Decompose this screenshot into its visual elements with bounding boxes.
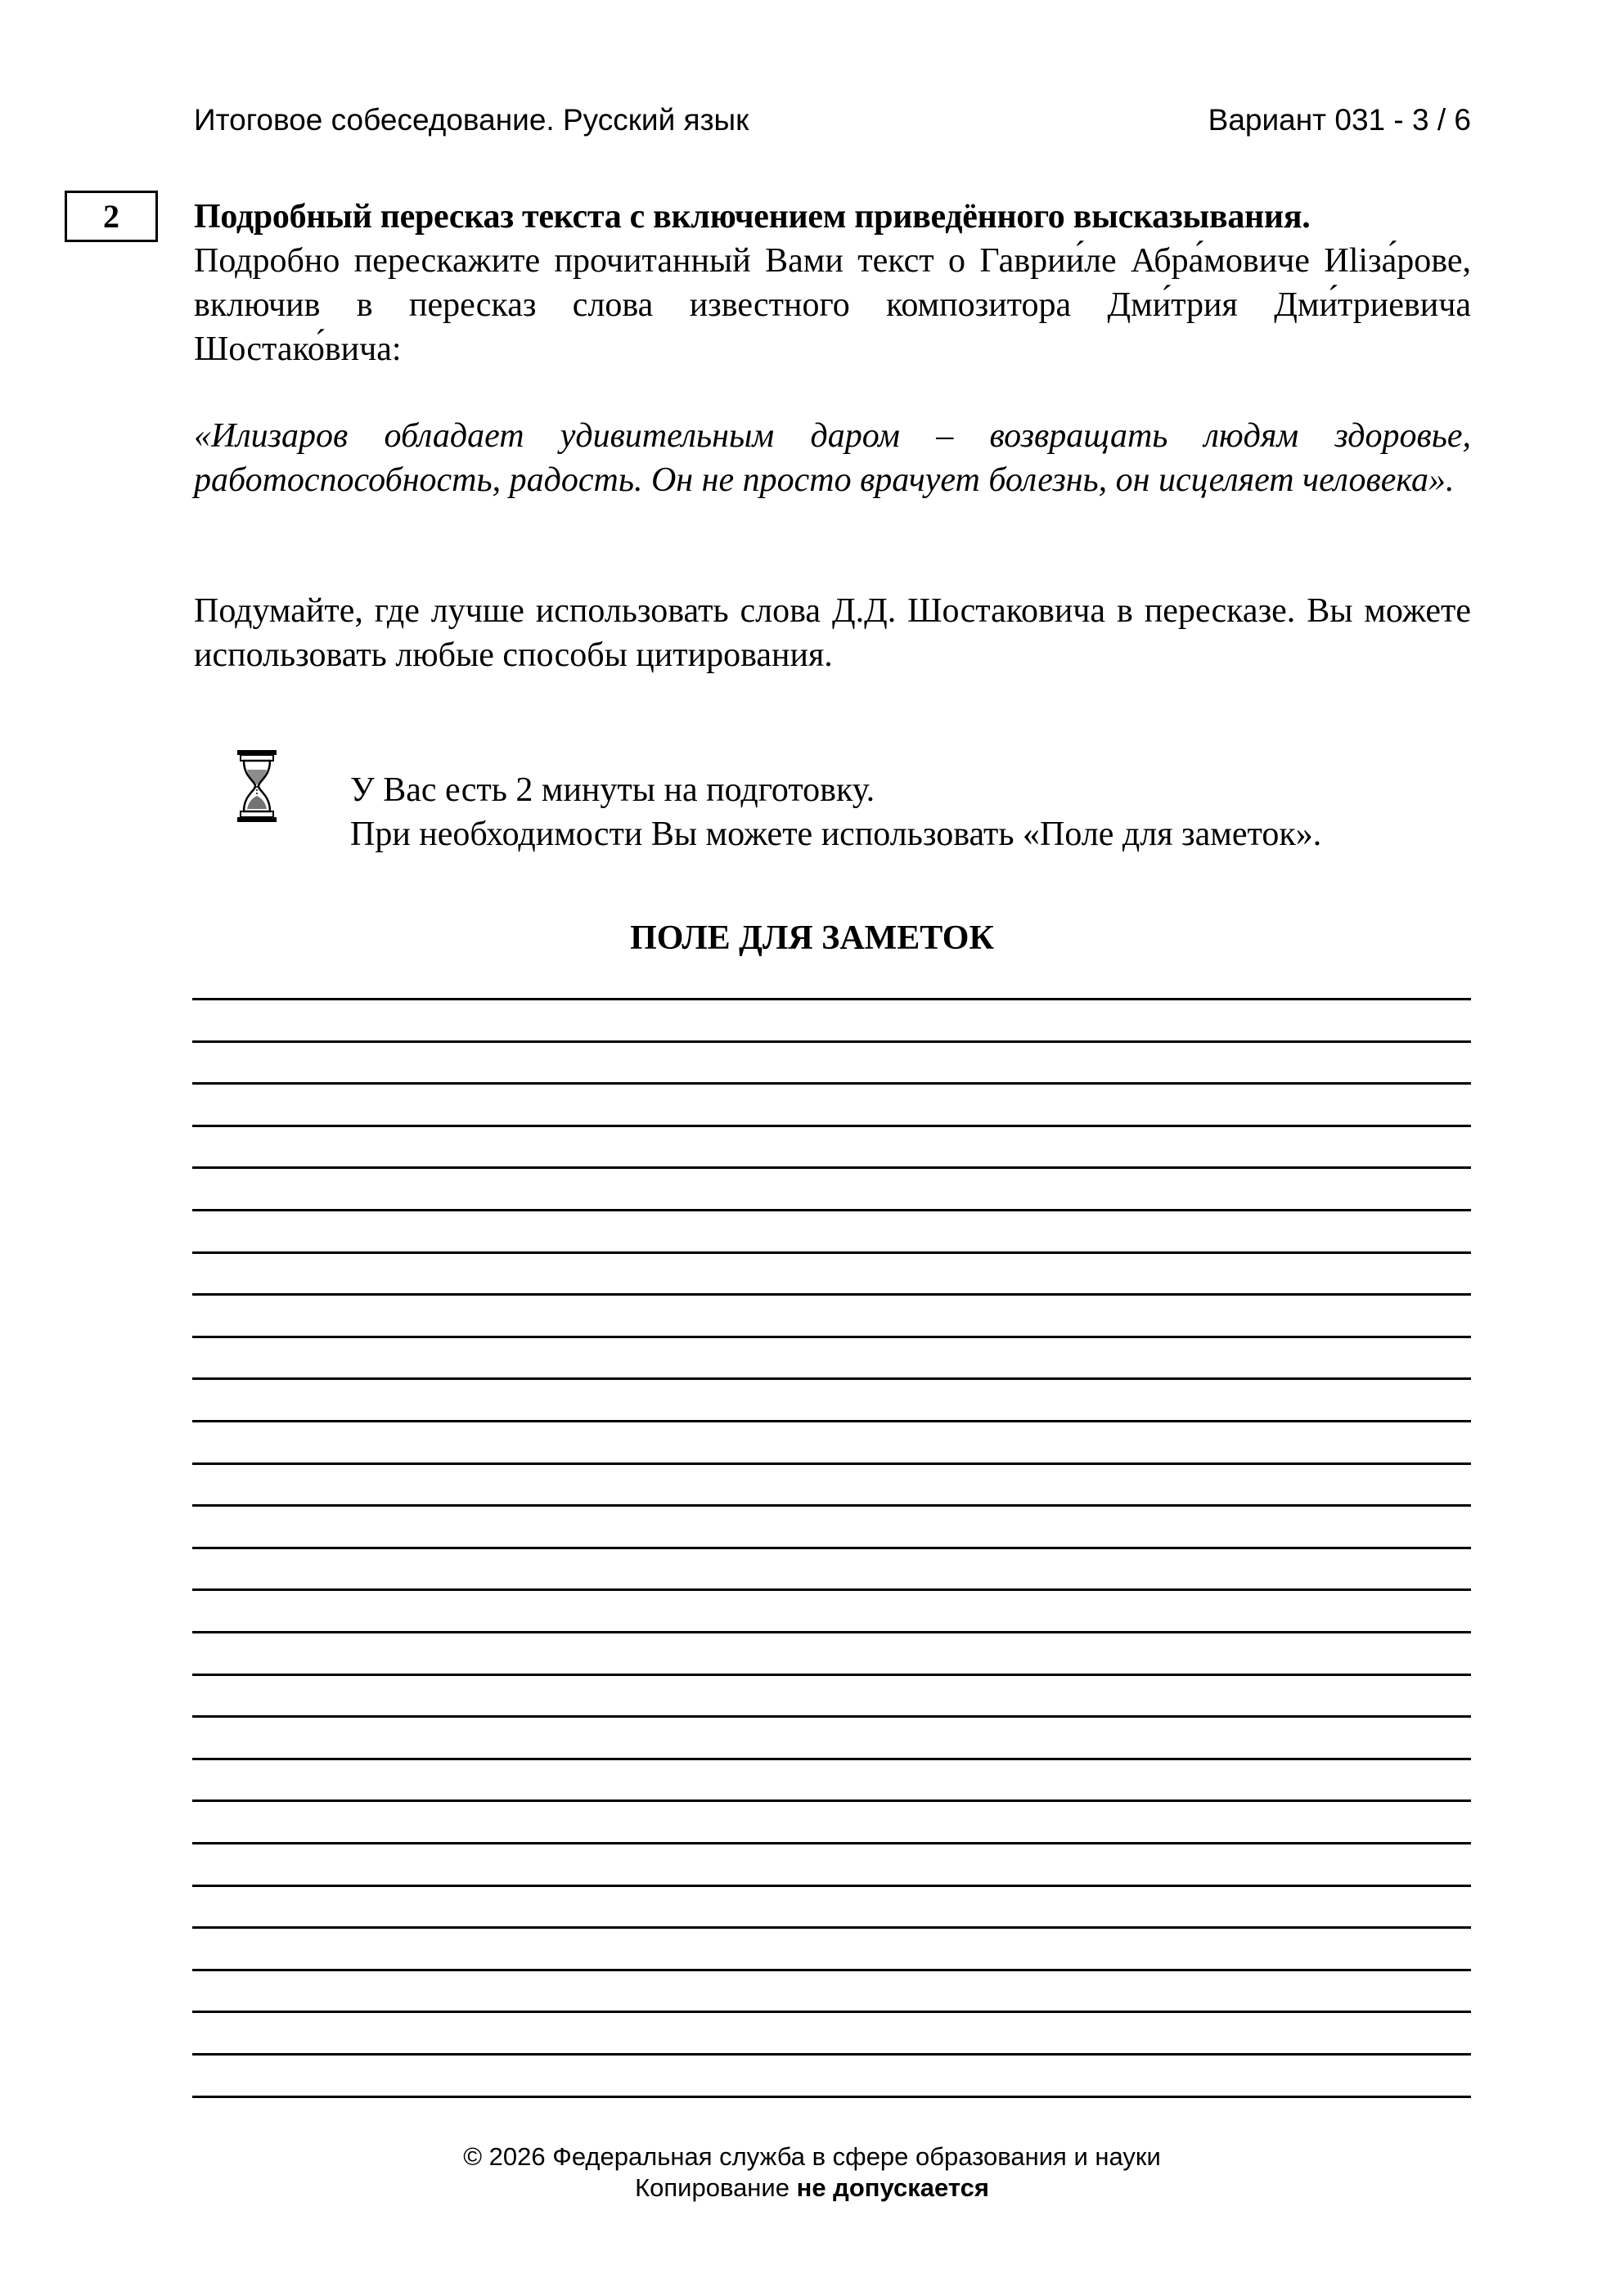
notes-line [192, 1588, 1471, 1591]
notes-line [192, 1758, 1471, 1760]
copy-notice: Копирование не допускается [0, 2172, 1624, 2204]
task-instruction: Подробно перескажите прочитанный Вами те… [194, 239, 1471, 371]
notes-line [192, 2053, 1471, 2056]
notes-line [192, 1674, 1471, 1676]
notes-line [192, 1420, 1471, 1422]
notes-line [192, 1336, 1471, 1338]
notes-line [192, 1125, 1471, 1127]
notes-field[interactable] [192, 998, 1471, 2102]
notes-line [192, 1082, 1471, 1085]
copyright: © 2026 Федеральная служба в сфере образо… [0, 2141, 1624, 2172]
copy-notice-bold: не допускается [797, 2173, 989, 2202]
notes-line [192, 1377, 1471, 1380]
notes-line [192, 1504, 1471, 1507]
preparation-notes-hint: При необходимости Вы можете использовать… [350, 812, 1321, 856]
task-number-box: 2 [65, 191, 158, 242]
page-header: Итоговое собеседование. Русский язык Вар… [194, 100, 1471, 141]
hourglass-icon [236, 748, 278, 824]
notes-title: ПОЛЕ ДЛЯ ЗАМЕТОК [0, 916, 1624, 960]
variant-page-number: Вариант 031 - 3 / 6 [1208, 100, 1471, 141]
preparation-time: У Вас есть 2 минуты на подготовку. [350, 768, 1321, 812]
task-number: 2 [103, 197, 119, 236]
notes-line [192, 1715, 1471, 1718]
notes-line [192, 1251, 1471, 1254]
notes-line [192, 998, 1471, 1000]
notes-line [192, 1547, 1471, 1549]
notes-line [192, 1166, 1471, 1169]
notes-line [192, 2096, 1471, 2098]
notes-line [192, 1040, 1471, 1043]
notes-line [192, 2011, 1471, 2013]
notes-line [192, 1209, 1471, 1211]
notes-line [192, 1800, 1471, 1802]
notes-line [192, 1885, 1471, 1887]
notes-line [192, 1926, 1471, 1929]
task-hint: Подумайте, где лучше использовать слова … [194, 589, 1471, 677]
copy-notice-prefix: Копирование [635, 2173, 797, 2202]
preparation-text: У Вас есть 2 минуты на подготовку. При н… [350, 768, 1321, 856]
page-footer: © 2026 Федеральная служба в сфере образо… [0, 2141, 1624, 2204]
notes-line [192, 1842, 1471, 1844]
task-title: Подробный пересказ текста с включением п… [194, 195, 1471, 239]
notes-line [192, 1293, 1471, 1296]
notes-line [192, 1969, 1471, 1971]
notes-line [192, 1631, 1471, 1633]
exam-title: Итоговое собеседование. Русский язык [194, 100, 749, 141]
task-quote: «Илизаров обладает удивительным даром – … [194, 414, 1471, 502]
notes-line [192, 1463, 1471, 1465]
